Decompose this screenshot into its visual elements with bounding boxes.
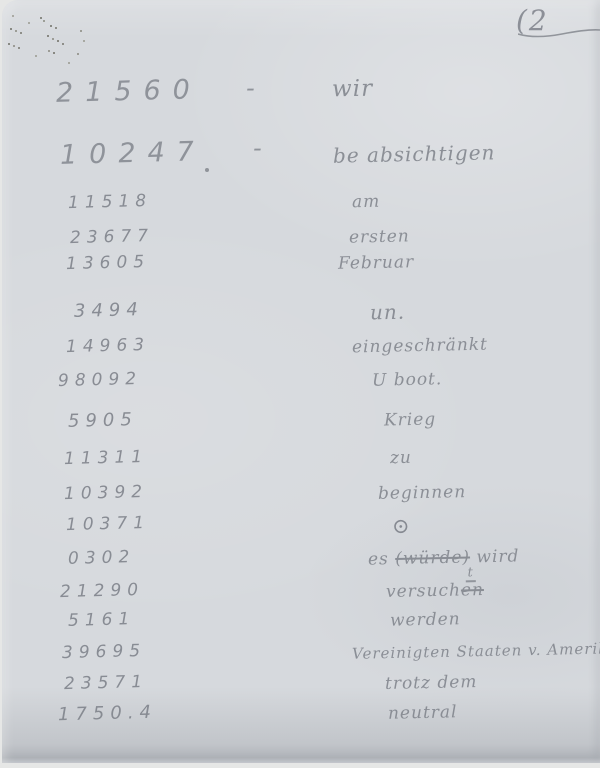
plaintext-word: ersten — [349, 226, 410, 247]
code-number: 1750.4 — [58, 702, 158, 726]
superscript-correction: t — [465, 565, 476, 582]
full-stop-symbol: ⊙ — [392, 514, 411, 538]
plaintext-word: wir — [332, 76, 374, 103]
code-number: 11311 — [64, 447, 149, 469]
code-number: 5905 — [68, 409, 138, 432]
code-period — [205, 168, 209, 172]
plaintext-word: am — [352, 192, 381, 213]
plaintext-word: trotz dem — [385, 672, 478, 694]
plaintext-word: be absichtigen — [333, 140, 496, 167]
plaintext-word: Krieg — [384, 409, 437, 430]
separator-dash: - — [246, 74, 255, 102]
plaintext-word: es (würde) wird — [368, 546, 520, 569]
correction-group: ent — [461, 580, 484, 600]
code-number: 3494 — [74, 299, 144, 322]
word-part: es — [368, 549, 396, 570]
code-number: 23571 — [64, 672, 149, 694]
photographed-document: (2 21560 - wir 10247 - be absichtigen 11… — [0, 0, 600, 768]
struck-word: (würde) — [395, 547, 470, 569]
plaintext-word: Februar — [338, 252, 415, 274]
ink-speckles — [0, 0, 2, 2]
code-number: 10371 — [66, 513, 151, 535]
plaintext-word: werden — [390, 609, 461, 630]
plaintext-word: un. — [370, 300, 406, 325]
code-number: 14963 — [66, 335, 151, 357]
code-number: 98092 — [58, 369, 143, 391]
underline-flourish — [518, 26, 600, 40]
code-number: 10392 — [64, 482, 149, 504]
word-part: versuch — [386, 580, 461, 602]
plaintext-word: U boot. — [372, 369, 443, 390]
code-number: 21290 — [60, 580, 145, 602]
code-number: 13605 — [66, 252, 151, 274]
plaintext-word: beginnen — [378, 482, 467, 504]
struck-word: en — [461, 580, 484, 600]
code-number: 5161 — [68, 609, 136, 631]
code-number: 21560 — [56, 74, 203, 109]
code-number: 23677 — [70, 226, 155, 248]
code-number: 0302 — [68, 547, 136, 569]
separator-dash: - — [253, 134, 262, 162]
plaintext-word: zu — [390, 448, 412, 468]
plaintext-word: eingeschränkt — [352, 335, 488, 358]
plaintext-word: neutral — [388, 702, 458, 723]
code-number: 10247 — [60, 136, 207, 171]
plaintext-word: versuchent — [386, 580, 484, 602]
word-part: wird — [470, 546, 520, 567]
code-number: 39695 — [62, 641, 147, 663]
code-number: 11518 — [68, 191, 153, 213]
